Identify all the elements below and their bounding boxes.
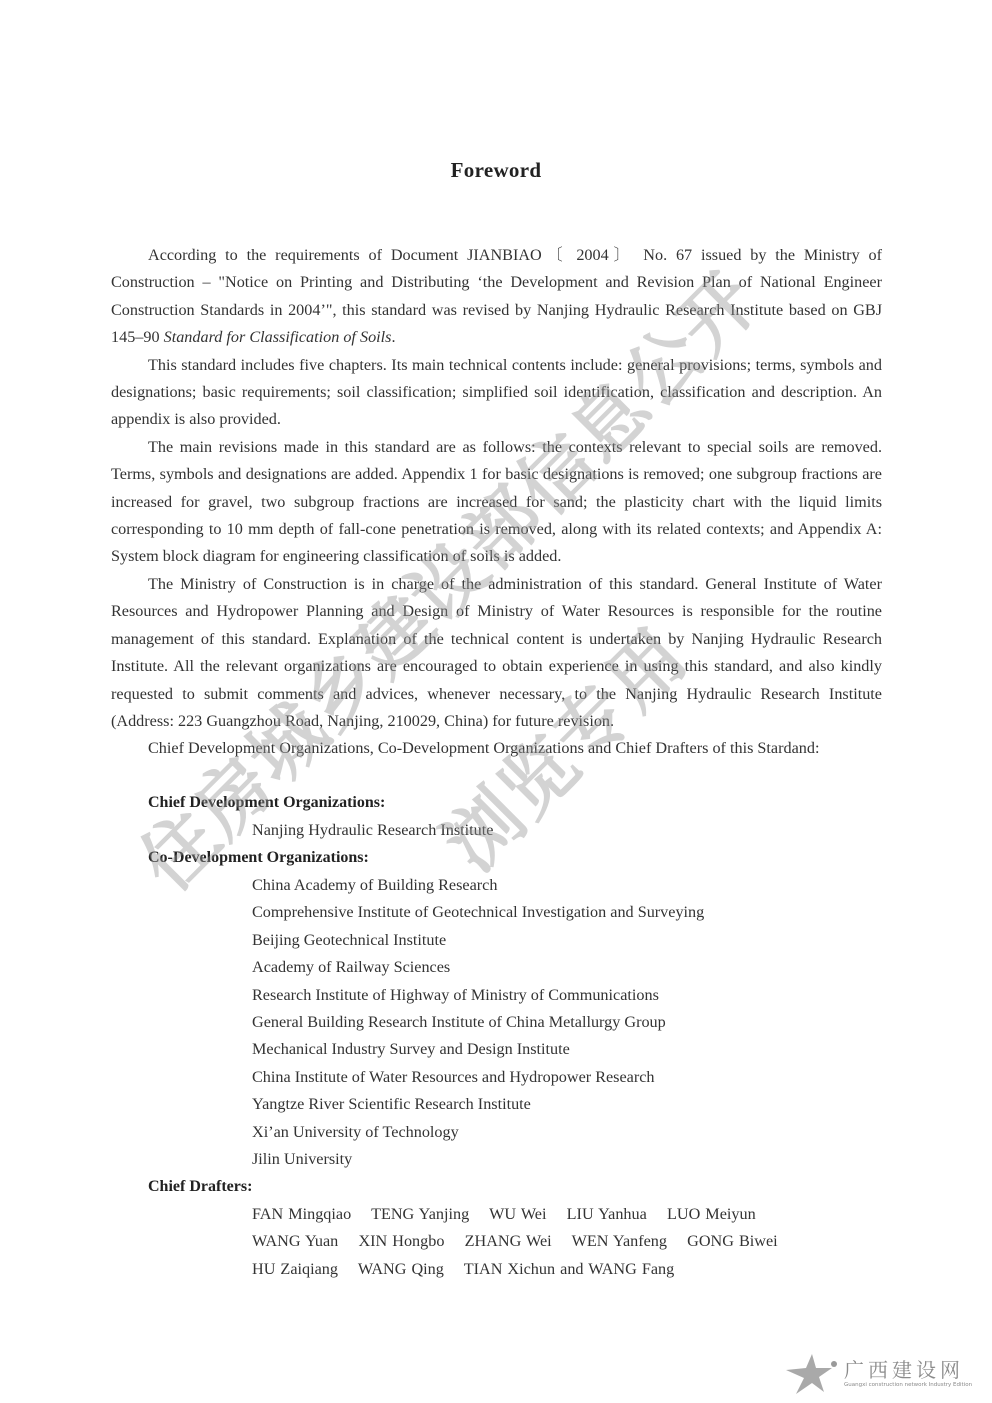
drafters-row: FAN Mingqiao TENG Yanjing WU Wei LIU Yan… — [252, 1205, 756, 1224]
chief-development-org: Nanjing Hydraulic Research Institute — [252, 821, 493, 840]
co-development-org: Yangtze River Scientific Research Instit… — [252, 1095, 531, 1114]
paragraph-administration: The Ministry of Construction is in charg… — [111, 571, 882, 735]
paragraph-organizations-intro: Chief Development Organizations, Co-Deve… — [111, 735, 882, 762]
paragraph-contents: This standard includes five chapters. It… — [111, 352, 882, 434]
document-page: Foreword According to the requirements o… — [0, 0, 992, 1403]
foreword-body: According to the requirements of Documen… — [111, 242, 882, 763]
co-development-org: Academy of Railway Sciences — [252, 958, 450, 977]
co-development-org: China Academy of Building Research — [252, 876, 497, 895]
co-development-org: Beijing Geotechnical Institute — [252, 931, 446, 950]
co-development-org: China Institute of Water Resources and H… — [252, 1068, 655, 1087]
co-development-org: Xi’an University of Technology — [252, 1123, 459, 1142]
paragraph-text-end: . — [391, 328, 395, 346]
paragraph-revisions: The main revisions made in this standard… — [111, 434, 882, 571]
drafters-row: WANG Yuan XIN Hongbo ZHANG Wei WEN Yanfe… — [252, 1232, 778, 1251]
co-development-heading: Co-Development Organizations: — [148, 849, 369, 867]
star-logo-icon — [782, 1352, 842, 1396]
page-title: Foreword — [0, 158, 992, 183]
site-logo: 广西建设网 Guangxi construction network Indus… — [782, 1352, 982, 1396]
co-development-org: Comprehensive Institute of Geotechnical … — [252, 903, 704, 922]
co-development-org: General Building Research Institute of C… — [252, 1013, 666, 1032]
paragraph-document-basis: According to the requirements of Documen… — [111, 242, 882, 352]
drafters-row: HU Zaiqiang WANG Qing TIAN Xichun and WA… — [252, 1260, 674, 1279]
chief-drafters-heading: Chief Drafters: — [148, 1178, 252, 1196]
co-development-org: Jilin University — [252, 1150, 352, 1169]
co-development-org: Research Institute of Highway of Ministr… — [252, 986, 659, 1005]
chief-development-heading: Chief Development Organizations: — [148, 794, 385, 812]
standard-title-italic: Standard for Classification of Soils — [164, 328, 392, 346]
logo-name-en: Guangxi construction network Industry Ed… — [844, 1382, 972, 1388]
logo-name-cn: 广西建设网 — [844, 1354, 964, 1383]
co-development-org: Mechanical Industry Survey and Design In… — [252, 1040, 570, 1059]
